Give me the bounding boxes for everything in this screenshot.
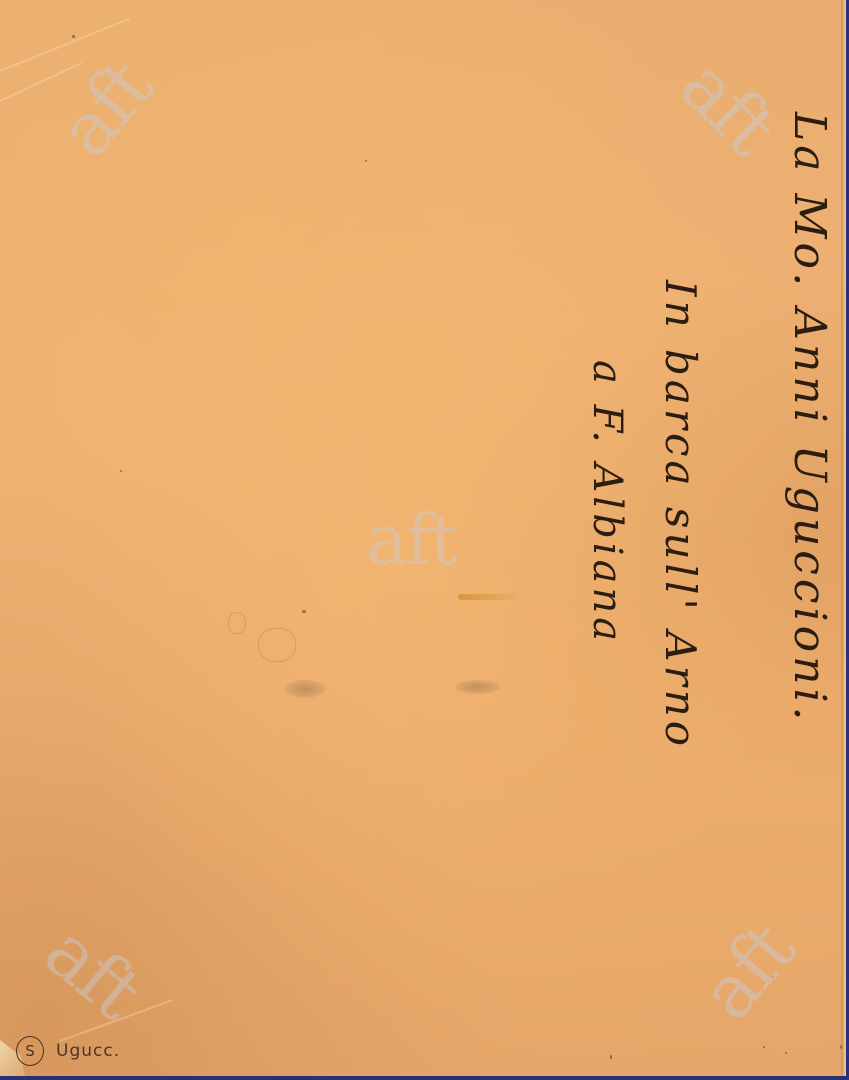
speck [763,1046,765,1048]
watermark: aft [366,505,456,575]
speck [120,470,122,472]
watermark: aft [668,47,788,167]
smudge [455,680,500,694]
speck [365,160,367,162]
photo-card-back: aft aft aft aft aft La Mo. Anni Uguccion… [0,0,846,1076]
stain [458,594,518,600]
card-edge [841,0,846,1076]
handwritten-line-title: In barca sull' Arno [656,280,705,750]
circled-letter: S [16,1036,44,1066]
speck [785,1052,787,1054]
smudge [285,680,325,698]
speck [610,1055,612,1059]
speck [302,610,306,613]
watermark: aft [47,49,165,170]
speck [72,35,75,38]
archive-mark: S Ugucc. [16,1036,120,1066]
stain [258,628,296,662]
handwritten-line-recipient: La Mo. Anni Uguccioni. [784,112,835,725]
watermark: aft [689,912,807,1033]
stain [228,612,246,634]
handwritten-line-author: a F. Albiana [584,360,630,645]
archive-label: Ugucc. [56,1041,120,1061]
